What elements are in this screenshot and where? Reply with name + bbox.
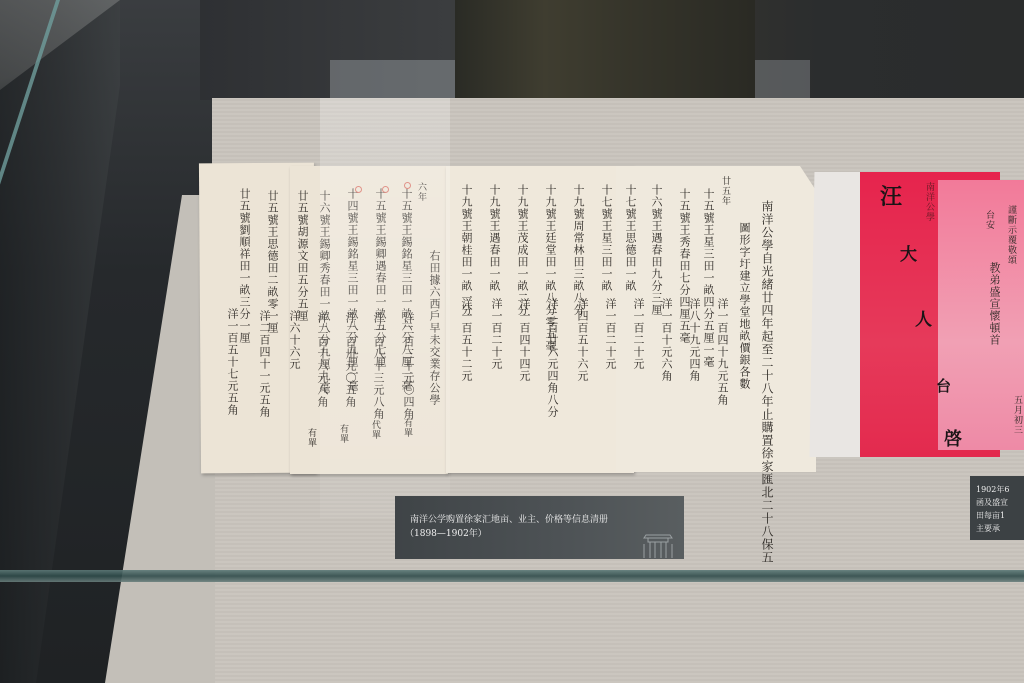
price-entry: 洋一百二十元 — [632, 298, 645, 370]
price-entry: 洋六十六元 — [288, 310, 301, 370]
glass-edge-horizontal — [0, 570, 1024, 582]
price-entry: 洋一百二十元 — [490, 298, 503, 370]
plaque-line: 主要承 — [976, 523, 1000, 534]
letter-column: 台安 — [982, 210, 995, 230]
price-entry: 洋四百五十六元 — [576, 298, 589, 382]
document-title-column: 南洋公學自光緒廿四年起至二十八年止購置徐家匯北二十八保五 — [760, 200, 773, 470]
price-entry: 洋一百四十九元五角 — [716, 298, 729, 406]
land-entry: 十九號王廷堂田一畝八分零五毫 — [544, 184, 557, 304]
window-reflection — [755, 60, 810, 98]
land-entry: 十五號王星三田一畝四分五厘一毫 — [702, 188, 715, 368]
land-entry: 廿五號胡源文田五分五厘 — [296, 190, 309, 322]
price-entry: 洋一百二十元 — [604, 298, 617, 370]
price-entry: 洋二百四十一元五角 — [258, 310, 271, 418]
letter-column: 謹斷示覆敬頌 — [1004, 205, 1017, 265]
window-reflection — [330, 60, 455, 98]
land-entry: 廿五號劉順祥田一畝三分一厘 — [238, 188, 251, 344]
plaque-line: 田每亩1 — [976, 510, 1005, 521]
envelope-char: 汪 — [880, 180, 902, 211]
entry-header: 廿五年 — [718, 176, 731, 206]
land-entry: 十九號王朝桂田一畝一分 — [460, 184, 473, 316]
plaque-line: 1902年6 — [976, 484, 1009, 495]
plaque-title: 南洋公学购置徐家汇地亩、业主、价格等信息清册 — [410, 512, 608, 525]
letter-column: 五月初三 — [1010, 395, 1023, 435]
envelope-char: 啓 — [944, 425, 962, 451]
envelope-char: 人 — [915, 305, 932, 330]
land-entry: 十九號王遇春田一畝 — [488, 184, 501, 292]
price-entry: 洋一百五十二元 — [460, 298, 473, 382]
document-subtitle-column: 圖形字圩建立學堂地畝價銀各數 — [738, 222, 751, 390]
land-entry: 十七號王思德田一畝 — [624, 184, 637, 292]
building-gate-icon — [640, 530, 676, 558]
plaque-date: （1898—1902年） — [405, 526, 487, 539]
land-entry: 十九號王茂成田一畝二分 — [516, 184, 529, 316]
envelope-sender: 南洋公學 — [922, 182, 935, 222]
envelope-char: 大 — [900, 240, 917, 265]
price-entry: 洋一百五十七元五角 — [226, 308, 239, 416]
price-entry: 洋八十九元四角 — [688, 298, 701, 382]
land-entry: 十七號王星三田一畝 — [600, 184, 613, 292]
wooden-sculpture-background — [455, 0, 755, 98]
price-entry: 洋一百四十四元 — [518, 298, 531, 382]
letter-column: 教弟盛宣懷頓首 — [988, 262, 1001, 346]
envelope-char: 台 — [936, 375, 951, 396]
glass-reflection — [320, 98, 450, 518]
land-entry: 十九號周常林田三畝八分 — [572, 184, 585, 316]
price-entry: 洋二百廿六元四角八分 — [546, 298, 559, 418]
plaque-line: 函及盛宣 — [976, 497, 1008, 508]
land-entry: 十六號王遇春田九分三厘 — [650, 184, 663, 316]
price-entry: 洋一百十元六角 — [660, 298, 673, 382]
status-note: 有單 — [304, 428, 317, 448]
